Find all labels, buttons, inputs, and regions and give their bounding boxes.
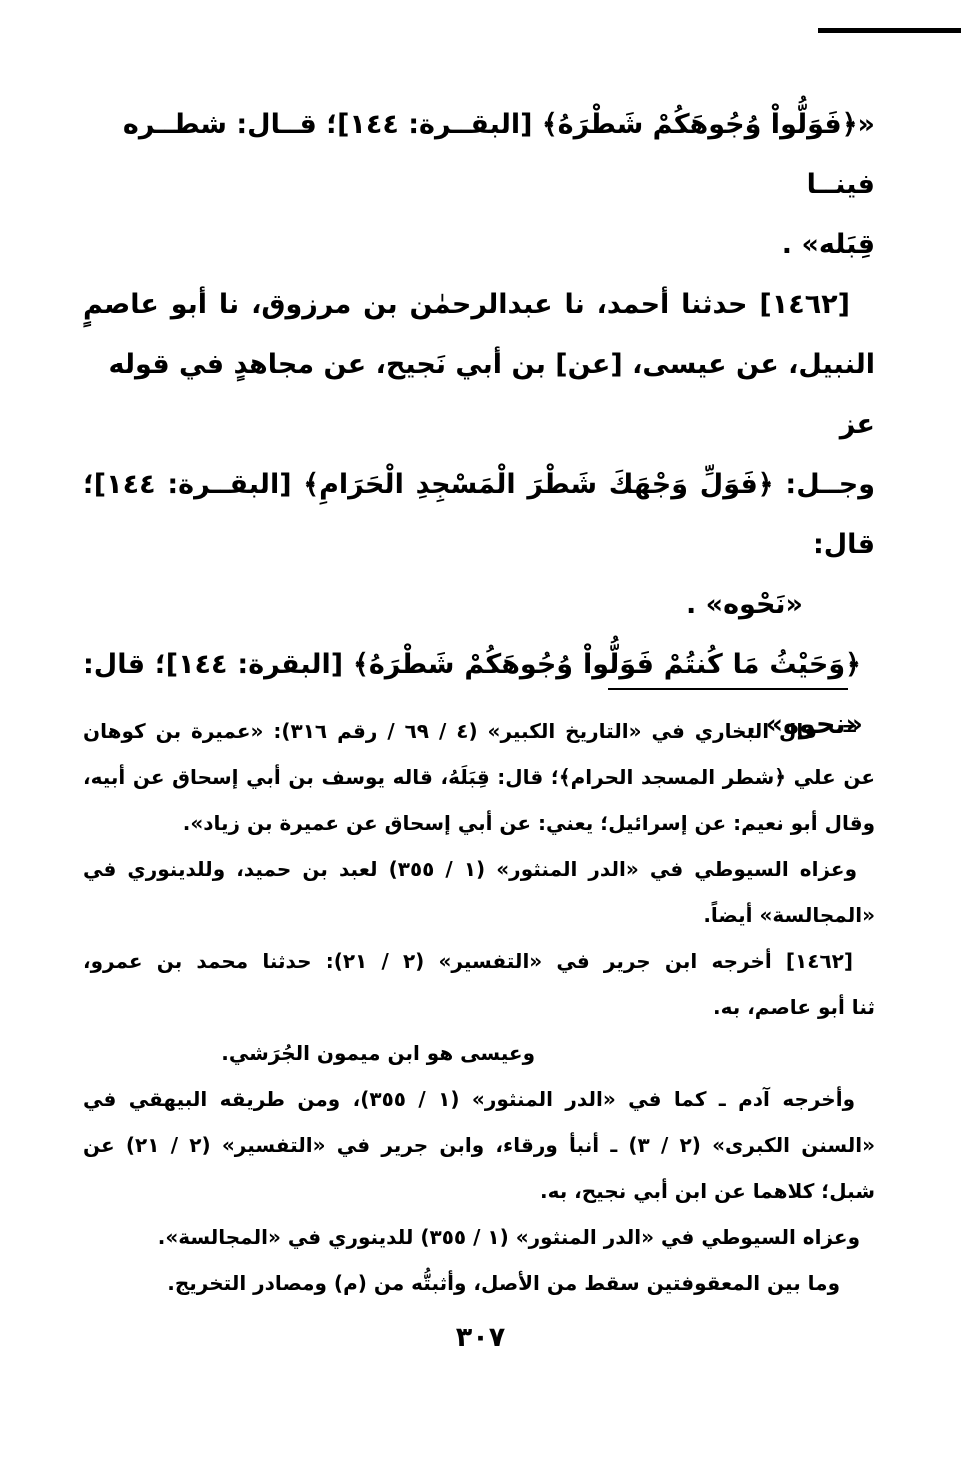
footnote-line-1: قال البخاري في «التاريخ الكبير» (٤ / ٦٩ … <box>83 708 875 754</box>
footnote-line-9: وأخرجه آدم ـ كما في «الدر المنثور» (١ / … <box>83 1076 875 1122</box>
hadith-1462-isnad-line-1: [١٤٦٢] حدثنا أحمد، نا عبدالرحمٰن بن مرزو… <box>83 275 875 335</box>
footnote-line-5: «المجالسة» أيضاً. <box>83 892 875 938</box>
footnote-line-6: [١٤٦٢] أخرجه ابن جرير في «التفسير» (٢ / … <box>83 938 875 984</box>
footnote-line-11: شبل؛ كلاهما عن ابن أبي نجيح، به. <box>83 1168 875 1214</box>
page-number: ٣٠٧ <box>0 1322 961 1353</box>
footnote-line-2: عن علي ﴿شطر المسجد الحرام﴾؛ قال: قِبَلَه… <box>83 754 875 800</box>
qiblah-word-line: قِبَله» . <box>83 215 875 275</box>
footnote-line-3: وقال أبو نعيم: عن إسرائيل؛ يعني: عن أبي … <box>83 800 875 846</box>
main-text-block: «﴿فَوَلُّواْ وُجُوهَكُمْ شَطْرَهُ﴾ [البق… <box>83 95 875 755</box>
qala-line: قال: <box>83 515 875 575</box>
footnote-line-13: وما بين المعقوفتين سقط من الأصل، وأثبتُّ… <box>83 1260 875 1306</box>
hadith-1462-isnad-line-2: النبيل، عن عيسى، [عن] بن أبي نَجيح، عن م… <box>83 335 875 455</box>
footnotes-block: قال البخاري في «التاريخ الكبير» (٤ / ٦٩ … <box>83 708 875 1306</box>
quran-verse-haythu-line: ﴿وَحَيْثُ مَا كُنتُمْ فَوَلُّواْ وُجُوهَ… <box>83 635 875 695</box>
footnote-line-8: وعيسى هو ابن ميمون الجُرَشي. <box>83 1030 875 1076</box>
footnote-line-7: ثنا أبو عاصم، به. <box>83 984 875 1030</box>
quran-quote-shatrah-line: «﴿فَوَلُّواْ وُجُوهَكُمْ شَطْرَهُ﴾ [البق… <box>83 95 875 215</box>
footnote-line-10: «السنن الكبرى» (٢ / ٣) ـ أنبأ ورقاء، واب… <box>83 1122 875 1168</box>
quran-verse-masjid-haram-line: وجــل: ﴿فَوَلِّ وَجْهَكَ شَطْرَ الْمَسْج… <box>83 455 875 515</box>
scan-edge-artifact <box>818 28 961 33</box>
footnote-line-4: وعزاه السيوطي في «الدر المنثور» (١ / ٣٥٥… <box>83 846 875 892</box>
nahwahu-quote-line-1: «نَحْوه» . <box>83 575 875 635</box>
footnote-separator-line <box>608 688 848 690</box>
footnote-line-12: وعزاه السيوطي في «الدر المنثور» (١ / ٣٥٥… <box>83 1214 875 1260</box>
